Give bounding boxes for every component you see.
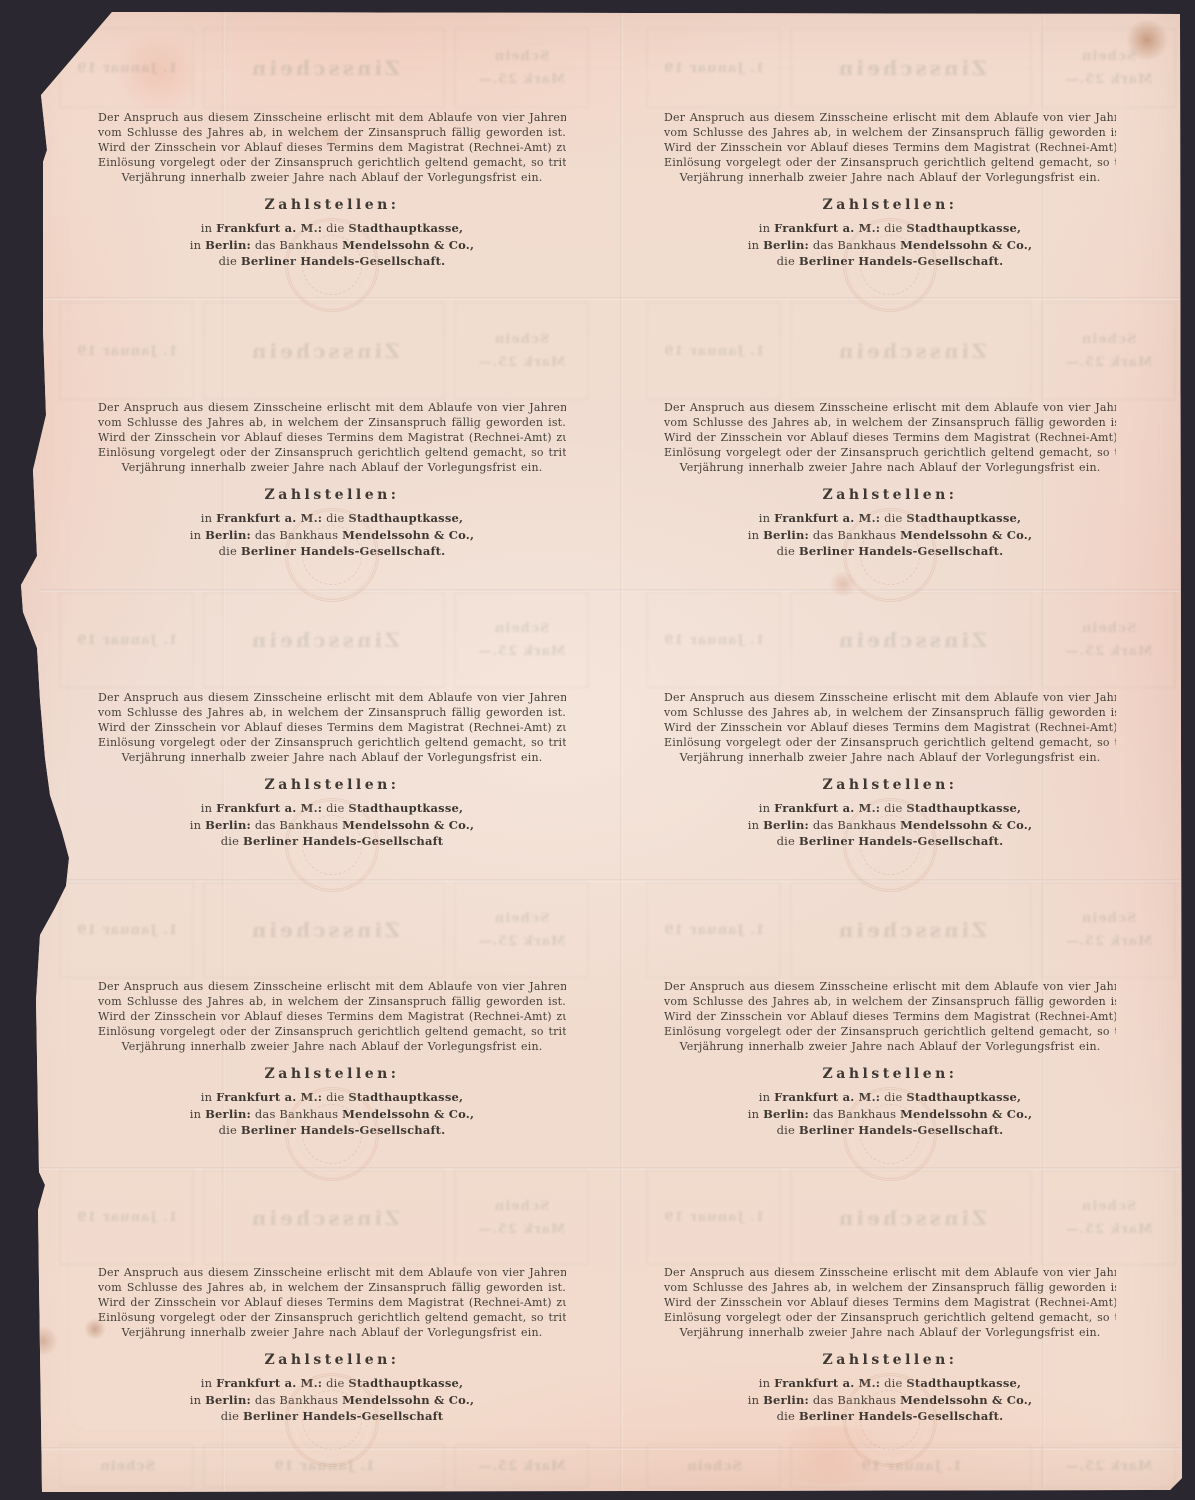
zahlstellen-heading: Zahlstellen:: [98, 778, 566, 793]
agent-text: die: [219, 1123, 237, 1137]
paying-agent-frankfurt: in Frankfurt a. M.: die Stadthauptkasse,: [664, 800, 1116, 817]
legal-text-line: Einlösung vorgelegt oder der Zinsanspruc…: [664, 1024, 1116, 1039]
legal-text-line: Wird der Zinsschein vor Ablauf dieses Te…: [664, 1009, 1116, 1024]
ghost-text: Schein: [494, 332, 549, 347]
ghost-text: Mark 25.—: [1064, 644, 1152, 659]
agent-text: das Bankhaus: [255, 1393, 338, 1407]
ghost-text: Schein: [1080, 1199, 1135, 1214]
zahlstellen-heading: Zahlstellen:: [98, 198, 566, 213]
legal-text-line: Einlösung vorgelegt oder der Zinsanspruc…: [98, 1024, 566, 1039]
legal-text-line: vom Schlusse des Jahres ab, in welchem d…: [98, 415, 566, 430]
legal-text-line: Wird der Zinsschein vor Ablauf dieses Te…: [98, 430, 566, 445]
agent-text: in: [201, 1376, 213, 1390]
ghost-text: Mark 25.—: [1064, 355, 1152, 370]
ghost-text: Mark 25.—: [478, 355, 566, 370]
agent-name: Berlin:: [763, 238, 809, 252]
paying-agent-handelsgesellschaft: die Berliner Handels-Gesellschaft.: [98, 253, 566, 270]
legal-text-line: Verjährung innerhalb zweier Jahre nach A…: [98, 170, 566, 185]
legal-text-line: Wird der Zinsschein vor Ablauf dieses Te…: [664, 430, 1116, 445]
legal-text-line: Einlösung vorgelegt oder der Zinsanspruc…: [98, 445, 566, 460]
ghost-text: 1. Januar 19: [663, 923, 764, 938]
legal-text-line: Wird der Zinsschein vor Ablauf dieses Te…: [98, 140, 566, 155]
paying-agent-handelsgesellschaft: die Berliner Handels-Gesellschaft.: [664, 1122, 1116, 1139]
zahlstellen-heading: Zahlstellen:: [98, 488, 566, 503]
agent-text: das Bankhaus: [813, 238, 896, 252]
agent-name: Frankfurt a. M.:: [774, 1376, 880, 1390]
agent-text: die: [219, 254, 237, 268]
agent-name: Stadthauptkasse,: [906, 1376, 1021, 1390]
fold-crease: [40, 297, 1180, 300]
agent-name: Frankfurt a. M.:: [774, 221, 880, 235]
ghost-coupon-outline: ScheinMark 25.— Zinsschein 1. Januar 19: [647, 28, 1176, 108]
agent-text: in: [748, 818, 760, 832]
zahlstellen-heading: Zahlstellen:: [98, 1067, 566, 1082]
ghost-coupon-outline: ScheinMark 25.— Zinsschein 1. Januar 19: [647, 1170, 1176, 1265]
ghost-coupon-outline: Mark 25.— 1. Januar 19 Schein: [647, 1444, 1176, 1488]
ghost-text: 1. Januar 19: [76, 633, 177, 648]
ghost-text: Mark 25.—: [1064, 1459, 1152, 1474]
agent-name: Berliner Handels-Gesellschaft.: [241, 1123, 445, 1137]
paying-agents: in Frankfurt a. M.: die Stadthauptkasse,…: [664, 220, 1116, 270]
coupon-back-row4-left: Der Anspruch aus diesem Zinsscheine erli…: [98, 979, 566, 1139]
agent-name: Mendelssohn & Co.,: [342, 818, 474, 832]
ghost-bleedthrough-strip: ScheinMark 25.— Zinsschein 1. Januar 19 …: [60, 1170, 1175, 1265]
agent-text: die: [777, 1123, 795, 1137]
agent-name: Frankfurt a. M.:: [216, 511, 322, 525]
agent-text: in: [759, 1090, 771, 1104]
agent-text: die: [219, 544, 237, 558]
ghost-coupon-outline: ScheinMark 25.— Zinsschein 1. Januar 19: [60, 592, 589, 688]
legal-text-line: vom Schlusse des Jahres ab, in welchem d…: [664, 1280, 1116, 1295]
agent-name: Stadthauptkasse,: [348, 511, 463, 525]
agent-name: Berliner Handels-Gesellschaft.: [799, 254, 1003, 268]
ghost-coupon-outline: Mark 25.— 1. Januar 19 Schein: [60, 1444, 589, 1488]
agent-text: die: [777, 1409, 795, 1423]
paying-agent-frankfurt: in Frankfurt a. M.: die Stadthauptkasse,: [664, 1089, 1116, 1106]
ghost-text: Schein: [494, 49, 549, 64]
ghost-text: 1. Januar 19: [663, 1210, 764, 1225]
coupon-back-row5-left: Der Anspruch aus diesem Zinsscheine erli…: [98, 1265, 566, 1425]
fox-stain: [1124, 20, 1170, 60]
agent-text: in: [759, 221, 771, 235]
agent-text: die: [884, 511, 902, 525]
ghost-text: 1. Januar 19: [76, 344, 177, 359]
agent-name: Stadthauptkasse,: [348, 1376, 463, 1390]
agent-name: Mendelssohn & Co.,: [900, 528, 1032, 542]
agent-name: Berlin:: [205, 1393, 251, 1407]
paying-agent-berlin: in Berlin: das Bankhaus Mendelssohn & Co…: [664, 817, 1116, 834]
ghost-text: Schein: [1080, 332, 1135, 347]
legal-text-line: Einlösung vorgelegt oder der Zinsanspruc…: [664, 1310, 1116, 1325]
paying-agent-frankfurt: in Frankfurt a. M.: die Stadthauptkasse,: [664, 1375, 1116, 1392]
legal-text-line: Verjährung innerhalb zweier Jahre nach A…: [98, 1325, 566, 1340]
paying-agent-berlin: in Berlin: das Bankhaus Mendelssohn & Co…: [664, 237, 1116, 254]
paying-agent-berlin: in Berlin: das Bankhaus Mendelssohn & Co…: [664, 527, 1116, 544]
paying-agent-handelsgesellschaft: die Berliner Handels-Gesellschaft.: [98, 1122, 566, 1139]
legal-text-line: Wird der Zinsschein vor Ablauf dieses Te…: [98, 720, 566, 735]
agent-text: die: [884, 1376, 902, 1390]
pink-stain: [760, 1426, 900, 1484]
zahlstellen-heading: Zahlstellen:: [664, 198, 1116, 213]
ghost-text: Mark 25.—: [1064, 1222, 1152, 1237]
agent-text: die: [884, 801, 902, 815]
agent-text: das Bankhaus: [813, 1393, 896, 1407]
agent-name: Berliner Handels-Gesellschaft.: [799, 1123, 1003, 1137]
paying-agents: in Frankfurt a. M.: die Stadthauptkasse,…: [98, 800, 566, 850]
agent-text: in: [748, 238, 760, 252]
zahlstellen-heading: Zahlstellen:: [98, 1353, 566, 1368]
legal-text-line: Der Anspruch aus diesem Zinsscheine erli…: [98, 690, 566, 705]
agent-text: die: [326, 1090, 344, 1104]
ghost-text: Zinsschein: [249, 1206, 400, 1230]
agent-text: die: [326, 801, 344, 815]
ghost-coupon-outline: ScheinMark 25.— Zinsschein 1. Januar 19: [647, 882, 1176, 978]
legal-text-line: Der Anspruch aus diesem Zinsscheine erli…: [664, 979, 1116, 994]
agent-name: Berlin:: [205, 528, 251, 542]
paying-agent-berlin: in Berlin: das Bankhaus Mendelssohn & Co…: [664, 1392, 1116, 1409]
zahlstellen-heading: Zahlstellen:: [664, 488, 1116, 503]
legal-text-line: Der Anspruch aus diesem Zinsscheine erli…: [664, 110, 1116, 125]
ghost-text: Zinsschein: [249, 918, 400, 942]
zahlstellen-heading: Zahlstellen:: [664, 1353, 1116, 1368]
ghost-text: Mark 25.—: [1064, 934, 1152, 949]
legal-text-line: Verjährung innerhalb zweier Jahre nach A…: [664, 170, 1116, 185]
ghost-text: Schein: [494, 911, 549, 926]
agent-name: Berliner Handels-Gesellschaft.: [241, 254, 445, 268]
zahlstellen-heading: Zahlstellen:: [664, 1067, 1116, 1082]
ghost-bleedthrough-strip: ScheinMark 25.— Zinsschein 1. Januar 19 …: [60, 592, 1175, 688]
paying-agents: in Frankfurt a. M.: die Stadthauptkasse,…: [98, 510, 566, 560]
legal-text-line: Der Anspruch aus diesem Zinsscheine erli…: [98, 400, 566, 415]
coupon-back-row1-left: Der Anspruch aus diesem Zinsscheine erli…: [98, 110, 566, 270]
agent-text: das Bankhaus: [813, 1107, 896, 1121]
ghost-coupon-outline: ScheinMark 25.— Zinsschein 1. Januar 19: [647, 302, 1176, 400]
agent-name: Frankfurt a. M.:: [216, 801, 322, 815]
agent-name: Mendelssohn & Co.,: [342, 1107, 474, 1121]
agent-name: Mendelssohn & Co.,: [342, 1393, 474, 1407]
agent-name: Berlin:: [205, 1107, 251, 1121]
ghost-text: Schein: [494, 621, 549, 636]
paying-agent-berlin: in Berlin: das Bankhaus Mendelssohn & Co…: [98, 817, 566, 834]
coupon-back-row2-left: Der Anspruch aus diesem Zinsscheine erli…: [98, 400, 566, 560]
agent-name: Berliner Handels-Gesellschaft.: [799, 834, 1003, 848]
legal-text-line: Einlösung vorgelegt oder der Zinsanspruc…: [664, 155, 1116, 170]
legal-text-line: Einlösung vorgelegt oder der Zinsanspruc…: [98, 1310, 566, 1325]
agent-text: in: [759, 1376, 771, 1390]
legal-text-line: Einlösung vorgelegt oder der Zinsanspruc…: [98, 155, 566, 170]
agent-name: Frankfurt a. M.:: [774, 1090, 880, 1104]
legal-text-line: Der Anspruch aus diesem Zinsscheine erli…: [664, 400, 1116, 415]
agent-text: in: [190, 818, 202, 832]
fold-crease: [40, 879, 1180, 882]
agent-name: Stadthauptkasse,: [906, 801, 1021, 815]
legal-text-line: Verjährung innerhalb zweier Jahre nach A…: [664, 460, 1116, 475]
agent-text: das Bankhaus: [255, 1107, 338, 1121]
paying-agent-frankfurt: in Frankfurt a. M.: die Stadthauptkasse,: [98, 510, 566, 527]
coupon-back-row3-left: Der Anspruch aus diesem Zinsscheine erli…: [98, 690, 566, 850]
legal-text-line: Der Anspruch aus diesem Zinsscheine erli…: [98, 110, 566, 125]
paying-agent-handelsgesellschaft: die Berliner Handels-Gesellschaft.: [98, 543, 566, 560]
agent-name: Mendelssohn & Co.,: [342, 238, 474, 252]
agent-name: Berlin:: [763, 818, 809, 832]
paying-agents: in Frankfurt a. M.: die Stadthauptkasse,…: [664, 1375, 1116, 1425]
paying-agent-frankfurt: in Frankfurt a. M.: die Stadthauptkasse,: [98, 1089, 566, 1106]
agent-name: Berlin:: [763, 1107, 809, 1121]
legal-text-line: Verjährung innerhalb zweier Jahre nach A…: [98, 460, 566, 475]
agent-name: Stadthauptkasse,: [906, 1090, 1021, 1104]
ghost-bleedthrough-strip: ScheinMark 25.— Zinsschein 1. Januar 19 …: [60, 882, 1175, 978]
agent-text: die: [884, 221, 902, 235]
ghost-text: Zinsschein: [249, 56, 400, 80]
agent-name: Mendelssohn & Co.,: [342, 528, 474, 542]
paying-agent-handelsgesellschaft: die Berliner Handels-Gesellschaft.: [664, 1408, 1116, 1425]
agent-text: in: [190, 238, 202, 252]
ghost-text: Zinsschein: [835, 918, 986, 942]
ghost-text: 1. Januar 19: [663, 633, 764, 648]
fold-crease: [40, 589, 1180, 592]
coupon-back-row1-right: Der Anspruch aus diesem Zinsscheine erli…: [664, 110, 1116, 270]
legal-text-line: Wird der Zinsschein vor Ablauf dieses Te…: [664, 140, 1116, 155]
paying-agents: in Frankfurt a. M.: die Stadthauptkasse,…: [98, 1089, 566, 1139]
agent-text: in: [190, 1107, 202, 1121]
ghost-coupon-outline: ScheinMark 25.— Zinsschein 1. Januar 19: [60, 302, 589, 400]
agent-name: Mendelssohn & Co.,: [900, 1107, 1032, 1121]
ghost-coupon-outline: ScheinMark 25.— Zinsschein 1. Januar 19: [60, 1170, 589, 1265]
ghost-text: Schein: [686, 1459, 741, 1474]
paper-sheet: ScheinMark 25.— Zinsschein 1. Januar 19 …: [0, 0, 1195, 1500]
agent-text: in: [190, 528, 202, 542]
agent-name: Frankfurt a. M.:: [216, 221, 322, 235]
agent-text: in: [748, 1107, 760, 1121]
ghost-text: 1. Januar 19: [663, 61, 764, 76]
legal-text-line: Der Anspruch aus diesem Zinsscheine erli…: [664, 690, 1116, 705]
ghost-text: 1. Januar 19: [274, 1459, 375, 1474]
paying-agent-berlin: in Berlin: das Bankhaus Mendelssohn & Co…: [98, 237, 566, 254]
ghost-text: Mark 25.—: [478, 1222, 566, 1237]
ghost-text: Mark 25.—: [478, 72, 566, 87]
agent-text: in: [748, 528, 760, 542]
agent-text: die: [326, 511, 344, 525]
legal-text-line: Wird der Zinsschein vor Ablauf dieses Te…: [98, 1295, 566, 1310]
fold-crease: [40, 1447, 1180, 1450]
legal-text-line: Der Anspruch aus diesem Zinsscheine erli…: [664, 1265, 1116, 1280]
zahlstellen-heading: Zahlstellen:: [664, 778, 1116, 793]
agent-name: Berliner Handels-Gesellschaft.: [799, 1409, 1003, 1423]
paying-agent-handelsgesellschaft: die Berliner Handels-Gesellschaft: [98, 833, 566, 850]
legal-text-line: Der Anspruch aus diesem Zinsscheine erli…: [98, 1265, 566, 1280]
paying-agent-frankfurt: in Frankfurt a. M.: die Stadthauptkasse,: [98, 800, 566, 817]
agent-name: Frankfurt a. M.:: [216, 1090, 322, 1104]
agent-name: Mendelssohn & Co.,: [900, 238, 1032, 252]
legal-text-line: vom Schlusse des Jahres ab, in welchem d…: [98, 1280, 566, 1295]
paying-agent-berlin: in Berlin: das Bankhaus Mendelssohn & Co…: [98, 527, 566, 544]
legal-text-line: Einlösung vorgelegt oder der Zinsanspruc…: [664, 445, 1116, 460]
paying-agent-frankfurt: in Frankfurt a. M.: die Stadthauptkasse,: [664, 510, 1116, 527]
legal-text-line: vom Schlusse des Jahres ab, in welchem d…: [98, 705, 566, 720]
agent-name: Stadthauptkasse,: [348, 801, 463, 815]
agent-text: in: [201, 221, 213, 235]
paying-agent-frankfurt: in Frankfurt a. M.: die Stadthauptkasse,: [98, 220, 566, 237]
agent-name: Mendelssohn & Co.,: [900, 818, 1032, 832]
agent-name: Berliner Handels-Gesellschaft: [243, 834, 443, 848]
ghost-text: Zinsschein: [249, 628, 400, 652]
agent-text: die: [221, 1409, 239, 1423]
legal-text-line: vom Schlusse des Jahres ab, in welchem d…: [664, 994, 1116, 1009]
agent-name: Stadthauptkasse,: [348, 1090, 463, 1104]
legal-text-line: Einlösung vorgelegt oder der Zinsanspruc…: [98, 735, 566, 750]
ghost-text: Mark 25.—: [478, 934, 566, 949]
paying-agent-handelsgesellschaft: die Berliner Handels-Gesellschaft.: [664, 833, 1116, 850]
agent-text: das Bankhaus: [813, 818, 896, 832]
paying-agents: in Frankfurt a. M.: die Stadthauptkasse,…: [98, 220, 566, 270]
ghost-text: Schein: [494, 1199, 549, 1214]
agent-text: in: [759, 511, 771, 525]
legal-text-line: Verjährung innerhalb zweier Jahre nach A…: [664, 750, 1116, 765]
legal-text-line: vom Schlusse des Jahres ab, in welchem d…: [664, 705, 1116, 720]
legal-text-line: Der Anspruch aus diesem Zinsscheine erli…: [98, 979, 566, 994]
agent-text: die: [221, 834, 239, 848]
paying-agent-berlin: in Berlin: das Bankhaus Mendelssohn & Co…: [98, 1392, 566, 1409]
ghost-text: 1. Januar 19: [76, 923, 177, 938]
agent-name: Berliner Handels-Gesellschaft.: [241, 544, 445, 558]
ghost-text: Zinsschein: [835, 339, 986, 363]
ghost-text: Mark 25.—: [478, 1459, 566, 1474]
agent-text: die: [326, 221, 344, 235]
coupon-back-row3-right: Der Anspruch aus diesem Zinsscheine erli…: [664, 690, 1116, 850]
ghost-text: Schein: [99, 1459, 154, 1474]
ghost-text: Mark 25.—: [478, 644, 566, 659]
agent-name: Berlin:: [763, 528, 809, 542]
agent-name: Berliner Handels-Gesellschaft: [243, 1409, 443, 1423]
agent-text: das Bankhaus: [255, 528, 338, 542]
agent-text: in: [201, 801, 213, 815]
ghost-coupon-outline: ScheinMark 25.— Zinsschein 1. Januar 19: [647, 592, 1176, 688]
agent-text: in: [759, 801, 771, 815]
agent-name: Frankfurt a. M.:: [216, 1376, 322, 1390]
paying-agents: in Frankfurt a. M.: die Stadthauptkasse,…: [664, 1089, 1116, 1139]
ghost-bleedthrough-strip: ScheinMark 25.— Zinsschein 1. Januar 19 …: [60, 302, 1175, 400]
agent-name: Berlin:: [205, 818, 251, 832]
agent-text: in: [201, 1090, 213, 1104]
legal-text-line: Verjährung innerhalb zweier Jahre nach A…: [98, 1039, 566, 1054]
agent-text: die: [777, 834, 795, 848]
agent-name: Frankfurt a. M.:: [774, 511, 880, 525]
legal-text-line: Wird der Zinsschein vor Ablauf dieses Te…: [664, 1295, 1116, 1310]
agent-name: Mendelssohn & Co.,: [900, 1393, 1032, 1407]
agent-text: in: [190, 1393, 202, 1407]
ghost-text: Zinsschein: [835, 56, 986, 80]
pink-stain: [110, 36, 206, 108]
agent-text: die: [777, 254, 795, 268]
paying-agent-handelsgesellschaft: die Berliner Handels-Gesellschaft: [98, 1408, 566, 1425]
ghost-text: Zinsschein: [835, 1206, 986, 1230]
legal-text-line: vom Schlusse des Jahres ab, in welchem d…: [664, 415, 1116, 430]
legal-text-line: vom Schlusse des Jahres ab, in welchem d…: [98, 125, 566, 140]
legal-text-line: vom Schlusse des Jahres ab, in welchem d…: [664, 125, 1116, 140]
agent-text: die: [884, 1090, 902, 1104]
fox-stain: [828, 572, 858, 596]
coupon-back-row2-right: Der Anspruch aus diesem Zinsscheine erli…: [664, 400, 1116, 560]
legal-text-line: vom Schlusse des Jahres ab, in welchem d…: [98, 994, 566, 1009]
agent-name: Frankfurt a. M.:: [774, 801, 880, 815]
paying-agent-berlin: in Berlin: das Bankhaus Mendelssohn & Co…: [664, 1106, 1116, 1123]
agent-name: Stadthauptkasse,: [906, 221, 1021, 235]
legal-text-line: Wird der Zinsschein vor Ablauf dieses Te…: [98, 1009, 566, 1024]
agent-name: Berliner Handels-Gesellschaft.: [799, 544, 1003, 558]
ghost-bleedthrough-strip: ScheinMark 25.— Zinsschein 1. Januar 19 …: [60, 28, 1175, 108]
fold-crease: [620, 12, 623, 1492]
ghost-text: 1. Januar 19: [76, 1210, 177, 1225]
ghost-text: Mark 25.—: [1064, 72, 1152, 87]
ghost-text: Zinsschein: [249, 339, 400, 363]
legal-text-line: Verjährung innerhalb zweier Jahre nach A…: [98, 750, 566, 765]
ghost-text: Zinsschein: [835, 628, 986, 652]
paying-agents: in Frankfurt a. M.: die Stadthauptkasse,…: [664, 800, 1116, 850]
coupon-back-row4-right: Der Anspruch aus diesem Zinsscheine erli…: [664, 979, 1116, 1139]
agent-text: das Bankhaus: [813, 528, 896, 542]
coupon-back-row5-right: Der Anspruch aus diesem Zinsscheine erli…: [664, 1265, 1116, 1425]
agent-name: Berlin:: [205, 238, 251, 252]
paying-agent-frankfurt: in Frankfurt a. M.: die Stadthauptkasse,: [98, 1375, 566, 1392]
ghost-text: Schein: [1080, 911, 1135, 926]
agent-name: Stadthauptkasse,: [906, 511, 1021, 525]
fold-crease: [40, 1167, 1180, 1170]
ghost-text: 1. Januar 19: [663, 344, 764, 359]
ghost-bleedthrough-strip: Mark 25.— 1. Januar 19 Schein Mark 25.— …: [60, 1444, 1175, 1488]
legal-text-line: Verjährung innerhalb zweier Jahre nach A…: [664, 1325, 1116, 1340]
agent-text: die: [326, 1376, 344, 1390]
scan-background: ScheinMark 25.— Zinsschein 1. Januar 19 …: [0, 0, 1195, 1500]
paying-agent-handelsgesellschaft: die Berliner Handels-Gesellschaft.: [664, 543, 1116, 560]
agent-text: in: [748, 1393, 760, 1407]
agent-text: das Bankhaus: [255, 238, 338, 252]
agent-name: Stadthauptkasse,: [348, 221, 463, 235]
legal-text-line: Verjährung innerhalb zweier Jahre nach A…: [664, 1039, 1116, 1054]
legal-text-line: Einlösung vorgelegt oder der Zinsanspruc…: [664, 735, 1116, 750]
ghost-coupon-outline: ScheinMark 25.— Zinsschein 1. Januar 19: [60, 882, 589, 978]
legal-text-line: Wird der Zinsschein vor Ablauf dieses Te…: [664, 720, 1116, 735]
agent-text: in: [201, 511, 213, 525]
paying-agent-handelsgesellschaft: die Berliner Handels-Gesellschaft.: [664, 253, 1116, 270]
agent-name: Berlin:: [763, 1393, 809, 1407]
paying-agents: in Frankfurt a. M.: die Stadthauptkasse,…: [98, 1375, 566, 1425]
fox-stain: [28, 1326, 58, 1356]
paying-agent-berlin: in Berlin: das Bankhaus Mendelssohn & Co…: [98, 1106, 566, 1123]
ghost-text: Schein: [1080, 621, 1135, 636]
agent-text: das Bankhaus: [255, 818, 338, 832]
agent-text: die: [777, 544, 795, 558]
paying-agent-frankfurt: in Frankfurt a. M.: die Stadthauptkasse,: [664, 220, 1116, 237]
paying-agents: in Frankfurt a. M.: die Stadthauptkasse,…: [664, 510, 1116, 560]
